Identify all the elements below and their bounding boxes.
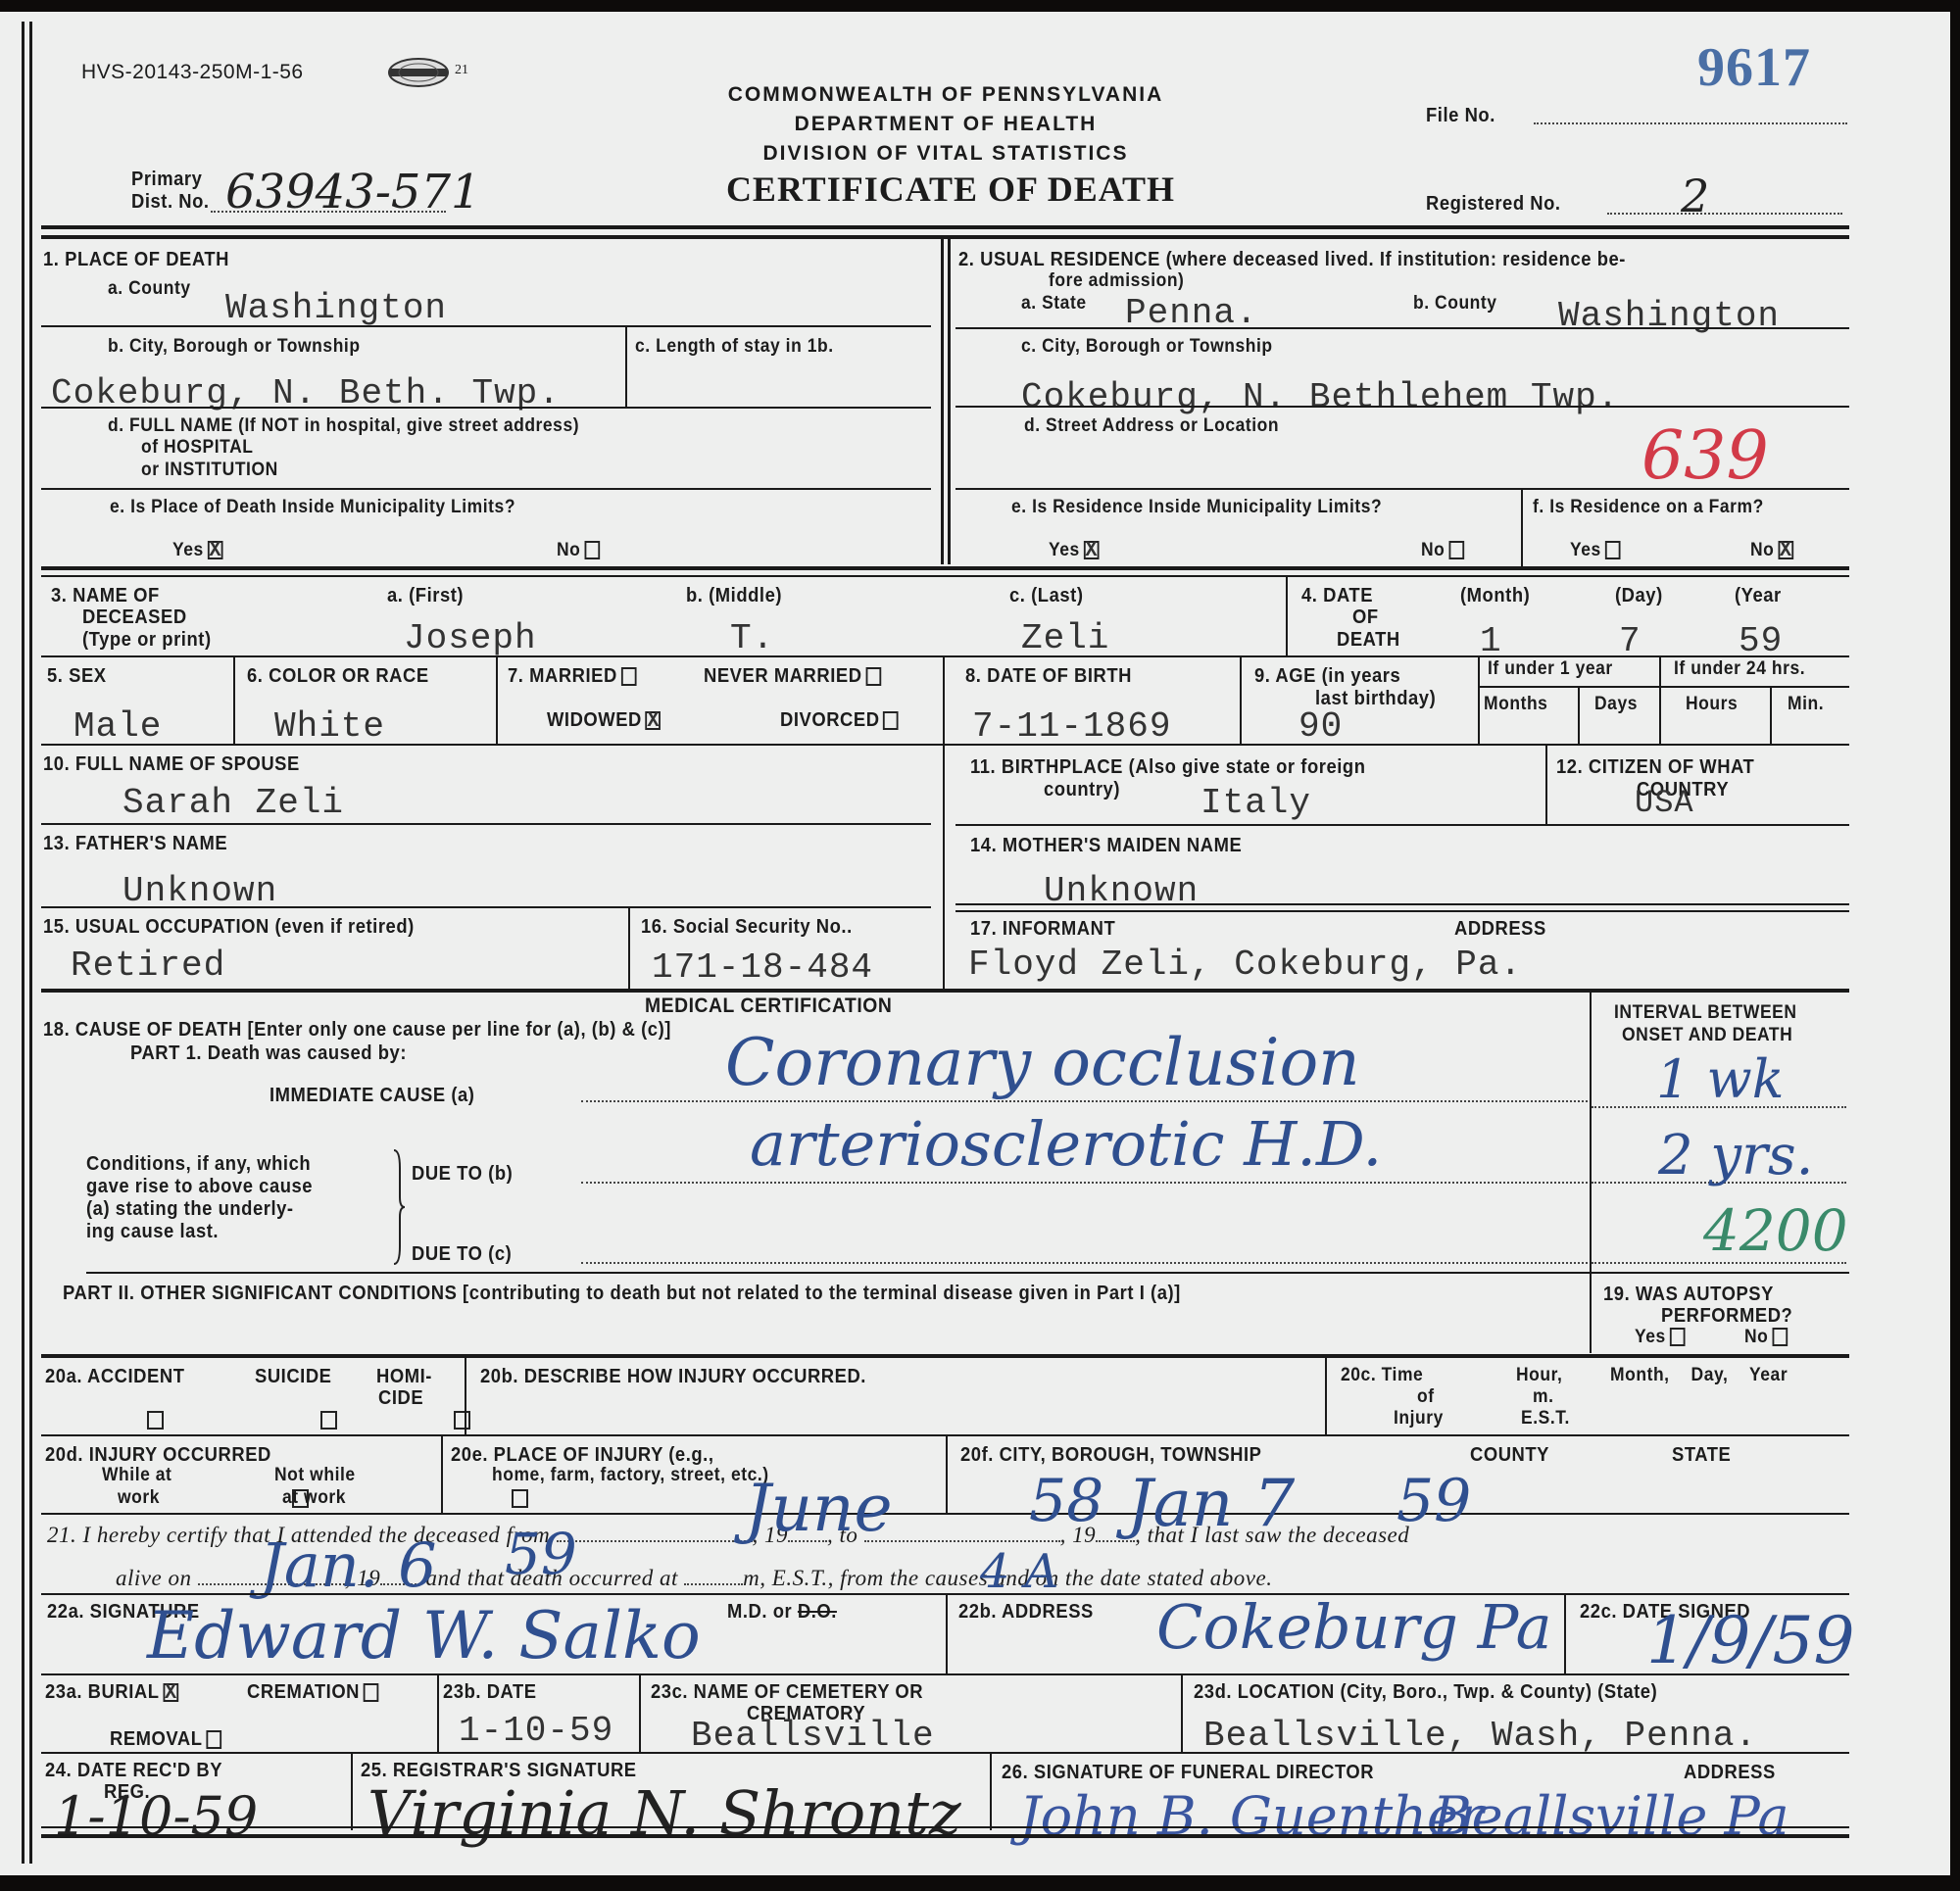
divorced-checkbox[interactable]	[883, 711, 899, 730]
res-inside-yes[interactable]: Yes	[1049, 541, 1099, 561]
autopsy-no[interactable]: No	[1744, 1328, 1788, 1348]
no-label: No	[1744, 1327, 1768, 1347]
place-of-death-heading: 1. PLACE OF DEATH	[43, 249, 229, 270]
rule	[946, 1434, 948, 1513]
rule	[1478, 655, 1480, 744]
agency-line-2: DEPARTMENT OF HEALTH	[666, 110, 1225, 139]
yes-label: Yes	[1049, 540, 1080, 560]
primary-dist-label-1: Primary	[131, 169, 202, 190]
rule	[41, 1673, 1849, 1675]
dod-year-value[interactable]: 59	[1739, 624, 1783, 659]
dod-year-label: (Year	[1735, 585, 1782, 606]
pod-city-label: b. City, Borough or Township	[108, 337, 361, 358]
due-to-b-label: DUE TO (b)	[412, 1163, 513, 1185]
rule	[41, 488, 931, 490]
dod-label-3: DEATH	[1337, 629, 1400, 651]
hour-label-3: E.S.T.	[1521, 1409, 1570, 1430]
interval-b-value[interactable]: 2 yrs.	[1658, 1129, 1813, 1184]
left-border-inner	[29, 22, 32, 1864]
cremation-label: CREMATION	[247, 1681, 360, 1703]
res-city-label: c. City, Borough or Township	[1021, 337, 1273, 358]
rule	[946, 1593, 948, 1673]
rule	[41, 407, 931, 409]
rule	[955, 488, 1849, 490]
mother-label: 14. MOTHER'S MAIDEN NAME	[970, 835, 1242, 856]
while-at-work-label-2: work	[118, 1488, 160, 1509]
hour-label-2: m.	[1533, 1387, 1554, 1408]
divorced-option[interactable]: DIVORCED	[780, 709, 899, 731]
res-county-label: b. County	[1413, 294, 1497, 315]
due-to-c-label: DUE TO (c)	[412, 1243, 512, 1265]
suicide-checkbox[interactable]	[320, 1411, 337, 1430]
sex-value[interactable]: Male	[73, 709, 162, 745]
pod-hospital-label-2: of HOSPITAL	[141, 438, 254, 459]
rule	[41, 1752, 1849, 1754]
dod-day-value[interactable]: 7	[1619, 624, 1641, 659]
rule	[1564, 1593, 1566, 1673]
citizen-label-1: 12. CITIZEN OF WHAT	[1556, 756, 1754, 778]
autopsy-label-2: PERFORMED?	[1661, 1305, 1792, 1327]
interval-a-value[interactable]: 1 wk	[1656, 1053, 1784, 1106]
yes-label: Yes	[172, 540, 204, 560]
widowed-option[interactable]: WIDOWED	[547, 709, 661, 731]
dod-label-2: OF	[1352, 606, 1379, 628]
rule	[581, 1182, 1588, 1184]
burial-date-value[interactable]: 1-10-59	[459, 1714, 613, 1749]
rule	[41, 1834, 1849, 1838]
rule	[441, 1434, 443, 1513]
brace-icon	[392, 1148, 406, 1266]
time-injury-label-2: of	[1417, 1387, 1435, 1408]
rule	[1578, 686, 1580, 744]
month-day-year-label: Month, Day, Year	[1610, 1366, 1788, 1386]
burial-label: 23a. BURIAL	[45, 1681, 160, 1703]
physician-signature[interactable]: Edward W. Salko	[147, 1604, 701, 1669]
rule	[581, 1262, 1588, 1264]
rule	[955, 903, 1849, 905]
attended-from-field[interactable]	[557, 1540, 753, 1542]
autopsy-yes[interactable]: Yes	[1635, 1328, 1685, 1348]
rule	[625, 325, 627, 408]
rule	[41, 989, 1849, 993]
funeral-address-label: ADDRESS	[1684, 1762, 1776, 1783]
last-seen-value: Jan. 6	[260, 1535, 437, 1596]
page-title: CERTIFICATE OF DEATH	[686, 169, 1215, 210]
res-inside-no-checkbox[interactable]	[1448, 541, 1464, 559]
rule	[1545, 744, 1547, 824]
rule	[955, 406, 1849, 408]
left-border-outer	[22, 22, 24, 1864]
agency-block: COMMONWEALTH OF PENNSYLVANIA DEPARTMENT …	[666, 80, 1225, 169]
rule	[1478, 686, 1849, 688]
res-farm-label: f. Is Residence on a Farm?	[1533, 498, 1764, 518]
rule	[496, 655, 498, 744]
cremation-option[interactable]: CREMATION	[247, 1681, 378, 1703]
removal-option[interactable]: REMOVAL	[110, 1728, 221, 1750]
interval-label-1: INTERVAL BETWEEN	[1614, 1003, 1797, 1024]
death-certificate-page: HVS-20143-250M-1-56 21 COMMONWEALTH OF P…	[0, 12, 1950, 1875]
not-while-label-2: at work	[282, 1488, 346, 1509]
rule	[41, 325, 931, 327]
res-state-label: a. State	[1021, 294, 1087, 315]
dob-label: 8. DATE OF BIRTH	[965, 665, 1132, 687]
rule	[351, 1752, 353, 1830]
conditions-text-2: gave rise to above cause	[86, 1176, 313, 1197]
time-injury-label-3: Injury	[1394, 1409, 1444, 1430]
cremation-checkbox[interactable]	[364, 1683, 379, 1702]
first-name-label: a. (First)	[387, 585, 464, 606]
conditions-text-4: ing cause last.	[86, 1221, 219, 1242]
section-divider-b	[948, 239, 951, 564]
never-married-checkbox[interactable]	[865, 667, 881, 686]
age-label-1: 9. AGE (in years	[1254, 665, 1400, 687]
homicide-checkbox[interactable]	[454, 1411, 470, 1430]
pod-inside-no-checkbox[interactable]	[584, 541, 600, 559]
no-label: No	[557, 540, 580, 560]
autopsy-no-checkbox[interactable]	[1772, 1328, 1788, 1346]
never-married-label: NEVER MARRIED	[704, 665, 862, 687]
birthplace-label-1: 11. BIRTHPLACE (Also give state or forei…	[970, 756, 1366, 778]
do-label: D.O.	[798, 1601, 837, 1623]
registered-no-field[interactable]	[1607, 213, 1842, 215]
section-divider-a	[941, 239, 944, 564]
pod-inside-no[interactable]: No	[557, 541, 600, 561]
rule	[233, 655, 235, 744]
cert-text-f: alive on	[116, 1566, 191, 1590]
pod-county-label: a. County	[108, 279, 191, 300]
rule	[1325, 1356, 1327, 1434]
spouse-value[interactable]: Sarah Zeli	[122, 786, 344, 821]
no-label: No	[1750, 540, 1774, 560]
rule	[955, 824, 1849, 826]
rule	[1659, 655, 1661, 744]
time-injury-label-1: 20c. Time	[1341, 1366, 1423, 1386]
immediate-cause-label: IMMEDIATE CAUSE (a)	[269, 1085, 474, 1106]
usual-residence-heading-2: fore admission)	[1049, 271, 1184, 292]
rule	[437, 1673, 439, 1752]
funeral-director-label: 26. SIGNATURE OF FUNERAL DIRECTOR	[1002, 1762, 1374, 1783]
green-code: 4200	[1703, 1202, 1848, 1259]
sex-label: 5. SEX	[47, 665, 107, 687]
age-value[interactable]: 90	[1298, 709, 1343, 745]
name-label-2: DECEASED	[82, 606, 187, 628]
res-farm-yes-checkbox[interactable]	[1604, 541, 1620, 559]
ssn-value[interactable]: 171-18-484	[652, 950, 873, 986]
rule	[628, 906, 630, 989]
never-married-option[interactable]: NEVER MARRIED	[704, 665, 881, 687]
rule	[943, 744, 945, 989]
location-value[interactable]: Beallsville, Wash, Penna.	[1203, 1719, 1757, 1754]
dod-label-1: 4. DATE	[1301, 585, 1373, 606]
res-inside-limits-label: e. Is Residence Inside Municipality Limi…	[1011, 498, 1382, 518]
pod-hospital-label-3: or INSTITUTION	[141, 461, 278, 481]
rule	[41, 566, 1849, 570]
file-no-label: File No.	[1426, 105, 1495, 126]
injury-county-label: COUNTY	[1470, 1444, 1549, 1466]
informant-address-label: ADDRESS	[1454, 918, 1546, 940]
race-value[interactable]: White	[274, 709, 385, 745]
married-label: 7. MARRIED	[508, 665, 617, 687]
physician-address-label: 22b. ADDRESS	[958, 1601, 1094, 1623]
immediate-cause-value[interactable]: Coronary occlusion	[725, 1031, 1360, 1095]
registered-no-value: 2	[1681, 173, 1709, 218]
homicide-label-2: CIDE	[378, 1387, 423, 1409]
rule	[41, 575, 1849, 577]
red-annotation: 639	[1641, 423, 1769, 490]
place-injury-label-2: home, farm, factory, street, etc.)	[492, 1466, 769, 1486]
rule	[41, 906, 931, 908]
pod-inside-yes-checkbox[interactable]	[207, 541, 222, 559]
due-to-b-value[interactable]: arteriosclerotic H.D.	[750, 1114, 1382, 1175]
pod-inside-yes[interactable]: Yes	[172, 541, 222, 561]
injury-state-label: STATE	[1672, 1444, 1731, 1466]
burial-checkbox[interactable]	[163, 1683, 178, 1702]
rule	[1286, 577, 1288, 655]
rule	[1592, 1262, 1846, 1264]
usual-residence-heading: 2. USUAL RESIDENCE (where deceased lived…	[958, 249, 1626, 270]
rule	[990, 1752, 992, 1830]
autopsy-label-1: 19. WAS AUTOPSY	[1603, 1284, 1774, 1305]
cemetery-value[interactable]: Beallsville	[691, 1719, 935, 1754]
yes-label: Yes	[1570, 540, 1601, 560]
dod-month-value[interactable]: 1	[1480, 624, 1502, 659]
attended-from-value: June	[745, 1477, 893, 1541]
md-label: M.D. or	[727, 1601, 792, 1623]
res-street-label: d. Street Address or Location	[1024, 416, 1279, 437]
date-signed-value[interactable]: 1/9/59	[1646, 1609, 1854, 1673]
pod-length-of-stay-label: c. Length of stay in 1b.	[635, 337, 834, 358]
attended-to-field[interactable]	[864, 1540, 1060, 1542]
attended-from-year-value: 58	[1029, 1472, 1103, 1530]
birthplace-value[interactable]: Italy	[1200, 786, 1311, 821]
father-value[interactable]: Unknown	[122, 874, 277, 909]
rule	[1521, 488, 1523, 566]
header-rule-2	[41, 235, 1849, 239]
father-label: 13. FATHER'S NAME	[43, 833, 227, 854]
res-state-value[interactable]: Penna.	[1125, 296, 1258, 331]
divorced-label: DIVORCED	[780, 709, 880, 731]
rule	[1240, 655, 1242, 744]
yes-label: Yes	[1635, 1327, 1666, 1347]
middle-name-label: b. (Middle)	[686, 585, 782, 606]
rule	[955, 327, 1849, 329]
union-label-number: 21	[455, 63, 468, 78]
pod-hospital-label-1: d. FULL NAME (If NOT in hospital, give s…	[108, 416, 579, 437]
no-label: No	[1421, 540, 1445, 560]
part2-label: PART II. OTHER SIGNIFICANT CONDITIONS [c…	[63, 1283, 1181, 1304]
res-farm-no-checkbox[interactable]	[1778, 541, 1793, 559]
rule	[41, 823, 931, 825]
last-name-value[interactable]: Zeli	[1021, 621, 1109, 656]
rule	[41, 744, 1849, 746]
while-at-work-label-1: While at	[102, 1466, 171, 1486]
pod-county-value[interactable]: Washington	[225, 291, 447, 326]
burial-date-label: 23b. DATE	[443, 1681, 537, 1703]
rule	[581, 1100, 1588, 1102]
primary-dist-label-2: Dist. No.	[131, 191, 210, 213]
describe-injury-label: 20b. DESCRIBE HOW INJURY OCCURRED.	[480, 1366, 866, 1387]
res-inside-no[interactable]: No	[1421, 541, 1464, 561]
res-farm-no[interactable]: No	[1750, 541, 1793, 561]
birthplace-label-2: country)	[1044, 779, 1120, 800]
rule	[41, 655, 1849, 657]
injury-city-label: 20f. CITY, BOROUGH, TOWNSHIP	[960, 1444, 1262, 1466]
rule	[1770, 686, 1772, 744]
md-do-label: M.D. or D.O.	[727, 1601, 837, 1623]
married-checkbox[interactable]	[621, 667, 637, 686]
suicide-label: SUICIDE	[255, 1366, 332, 1387]
rule	[1590, 991, 1592, 1353]
accident-checkbox[interactable]	[147, 1411, 164, 1430]
rule	[955, 910, 1849, 912]
injury-occurred-label: 20d. INJURY OCCURRED	[45, 1444, 271, 1466]
registered-no-label: Registered No.	[1426, 193, 1561, 215]
first-name-value[interactable]: Joseph	[404, 621, 537, 656]
under-1yr-label: If under 1 year	[1488, 659, 1613, 680]
place-injury-label-1: 20e. PLACE OF INJURY (e.g.,	[451, 1444, 713, 1466]
hours-label: Hours	[1686, 695, 1738, 715]
informant-value[interactable]: Floyd Zeli, Cokeburg, Pa.	[968, 947, 1522, 983]
hour-label-1: Hour,	[1516, 1366, 1562, 1386]
spouse-label: 10. FULL NAME OF SPOUSE	[43, 753, 300, 775]
rule	[86, 1272, 1849, 1274]
burial-option[interactable]: 23a. BURIAL	[45, 1681, 178, 1703]
not-while-label-1: Not while	[274, 1466, 356, 1486]
part1-label: PART 1. Death was caused by:	[130, 1042, 407, 1064]
rule	[41, 1826, 1849, 1828]
removal-checkbox[interactable]	[206, 1730, 221, 1749]
autopsy-yes-checkbox[interactable]	[1669, 1328, 1685, 1346]
informant-label: 17. INFORMANT	[970, 918, 1115, 940]
res-farm-yes[interactable]: Yes	[1570, 541, 1620, 561]
citizen-value[interactable]: USA	[1635, 788, 1694, 819]
form-code: HVS-20143-250M-1-56	[81, 61, 304, 84]
death-time-value: 4 A	[980, 1548, 1058, 1595]
under-24hrs-label: If under 24 hrs.	[1674, 659, 1805, 680]
header-rule-1	[41, 225, 1849, 229]
rule	[41, 1513, 1849, 1515]
medical-certification-heading: MEDICAL CERTIFICATION	[645, 994, 892, 1017]
file-no-field[interactable]	[1534, 122, 1847, 124]
rule	[41, 1354, 1849, 1358]
homicide-label-1: HOMI-	[376, 1366, 432, 1387]
dod-month-label: (Month)	[1460, 585, 1530, 606]
res-inside-yes-checkbox[interactable]	[1083, 541, 1099, 559]
stamp-number: 9617	[1697, 36, 1811, 99]
name-label-1: 3. NAME OF	[51, 585, 160, 606]
not-while-at-work-checkbox[interactable]	[512, 1489, 528, 1508]
attended-to-year-value: 59	[1396, 1472, 1471, 1530]
cause-of-death-label: 18. CAUSE OF DEATH [Enter only one cause…	[43, 1019, 671, 1041]
name-label-3: (Type or print)	[82, 629, 212, 651]
months-label: Months	[1484, 695, 1547, 715]
middle-name-value[interactable]: T.	[730, 621, 774, 656]
conditions-text-3: (a) stating the underly-	[86, 1198, 294, 1220]
occupation-value[interactable]: Retired	[71, 948, 225, 984]
primary-dist-value: 63943-571	[225, 169, 481, 216]
death-time-field[interactable]	[684, 1583, 743, 1585]
rule	[465, 1356, 466, 1434]
widowed-label: WIDOWED	[547, 709, 642, 731]
ssn-label: 16. Social Security No..	[641, 916, 853, 938]
res-city-value[interactable]: Cokeburg, N. Bethlehem Twp.	[1021, 380, 1619, 415]
accident-label: 20a. ACCIDENT	[45, 1366, 184, 1387]
days-label: Days	[1594, 695, 1638, 715]
date-recd-label-1: 24. DATE REC'D BY	[45, 1760, 222, 1781]
widowed-checkbox[interactable]	[646, 711, 661, 730]
occupation-label: 15. USUAL OCCUPATION (even if retired)	[43, 916, 415, 938]
race-label: 6. COLOR OR RACE	[247, 665, 429, 687]
last-seen-year-value: 59	[505, 1526, 577, 1582]
union-label-icon	[384, 55, 453, 90]
location-label: 23d. LOCATION (City, Boro., Twp. & Count…	[1194, 1681, 1657, 1703]
pod-inside-limits-label: e. Is Place of Death Inside Municipality…	[110, 498, 515, 518]
agency-line-1: COMMONWEALTH OF PENNSYLVANIA	[666, 80, 1225, 110]
cemetery-label-1: 23c. NAME OF CEMETERY OR	[651, 1681, 923, 1703]
rule	[943, 655, 945, 744]
agency-line-3: DIVISION OF VITAL STATISTICS	[666, 139, 1225, 169]
dod-day-label: (Day)	[1615, 585, 1663, 606]
last-name-label: c. (Last)	[1009, 585, 1084, 606]
attended-to-value: Jan 7	[1127, 1472, 1295, 1536]
interval-label-2: ONSET AND DEATH	[1622, 1026, 1792, 1046]
married-option[interactable]: 7. MARRIED	[508, 665, 636, 687]
physician-address-value[interactable]: Cokeburg Pa	[1156, 1597, 1552, 1658]
dob-value[interactable]: 7-11-1869	[972, 709, 1171, 745]
rule	[639, 1673, 641, 1752]
removal-label: REMOVAL	[110, 1728, 203, 1750]
rule	[1181, 1673, 1183, 1752]
min-label: Min.	[1788, 695, 1824, 715]
conditions-text-1: Conditions, if any, which	[86, 1153, 311, 1175]
